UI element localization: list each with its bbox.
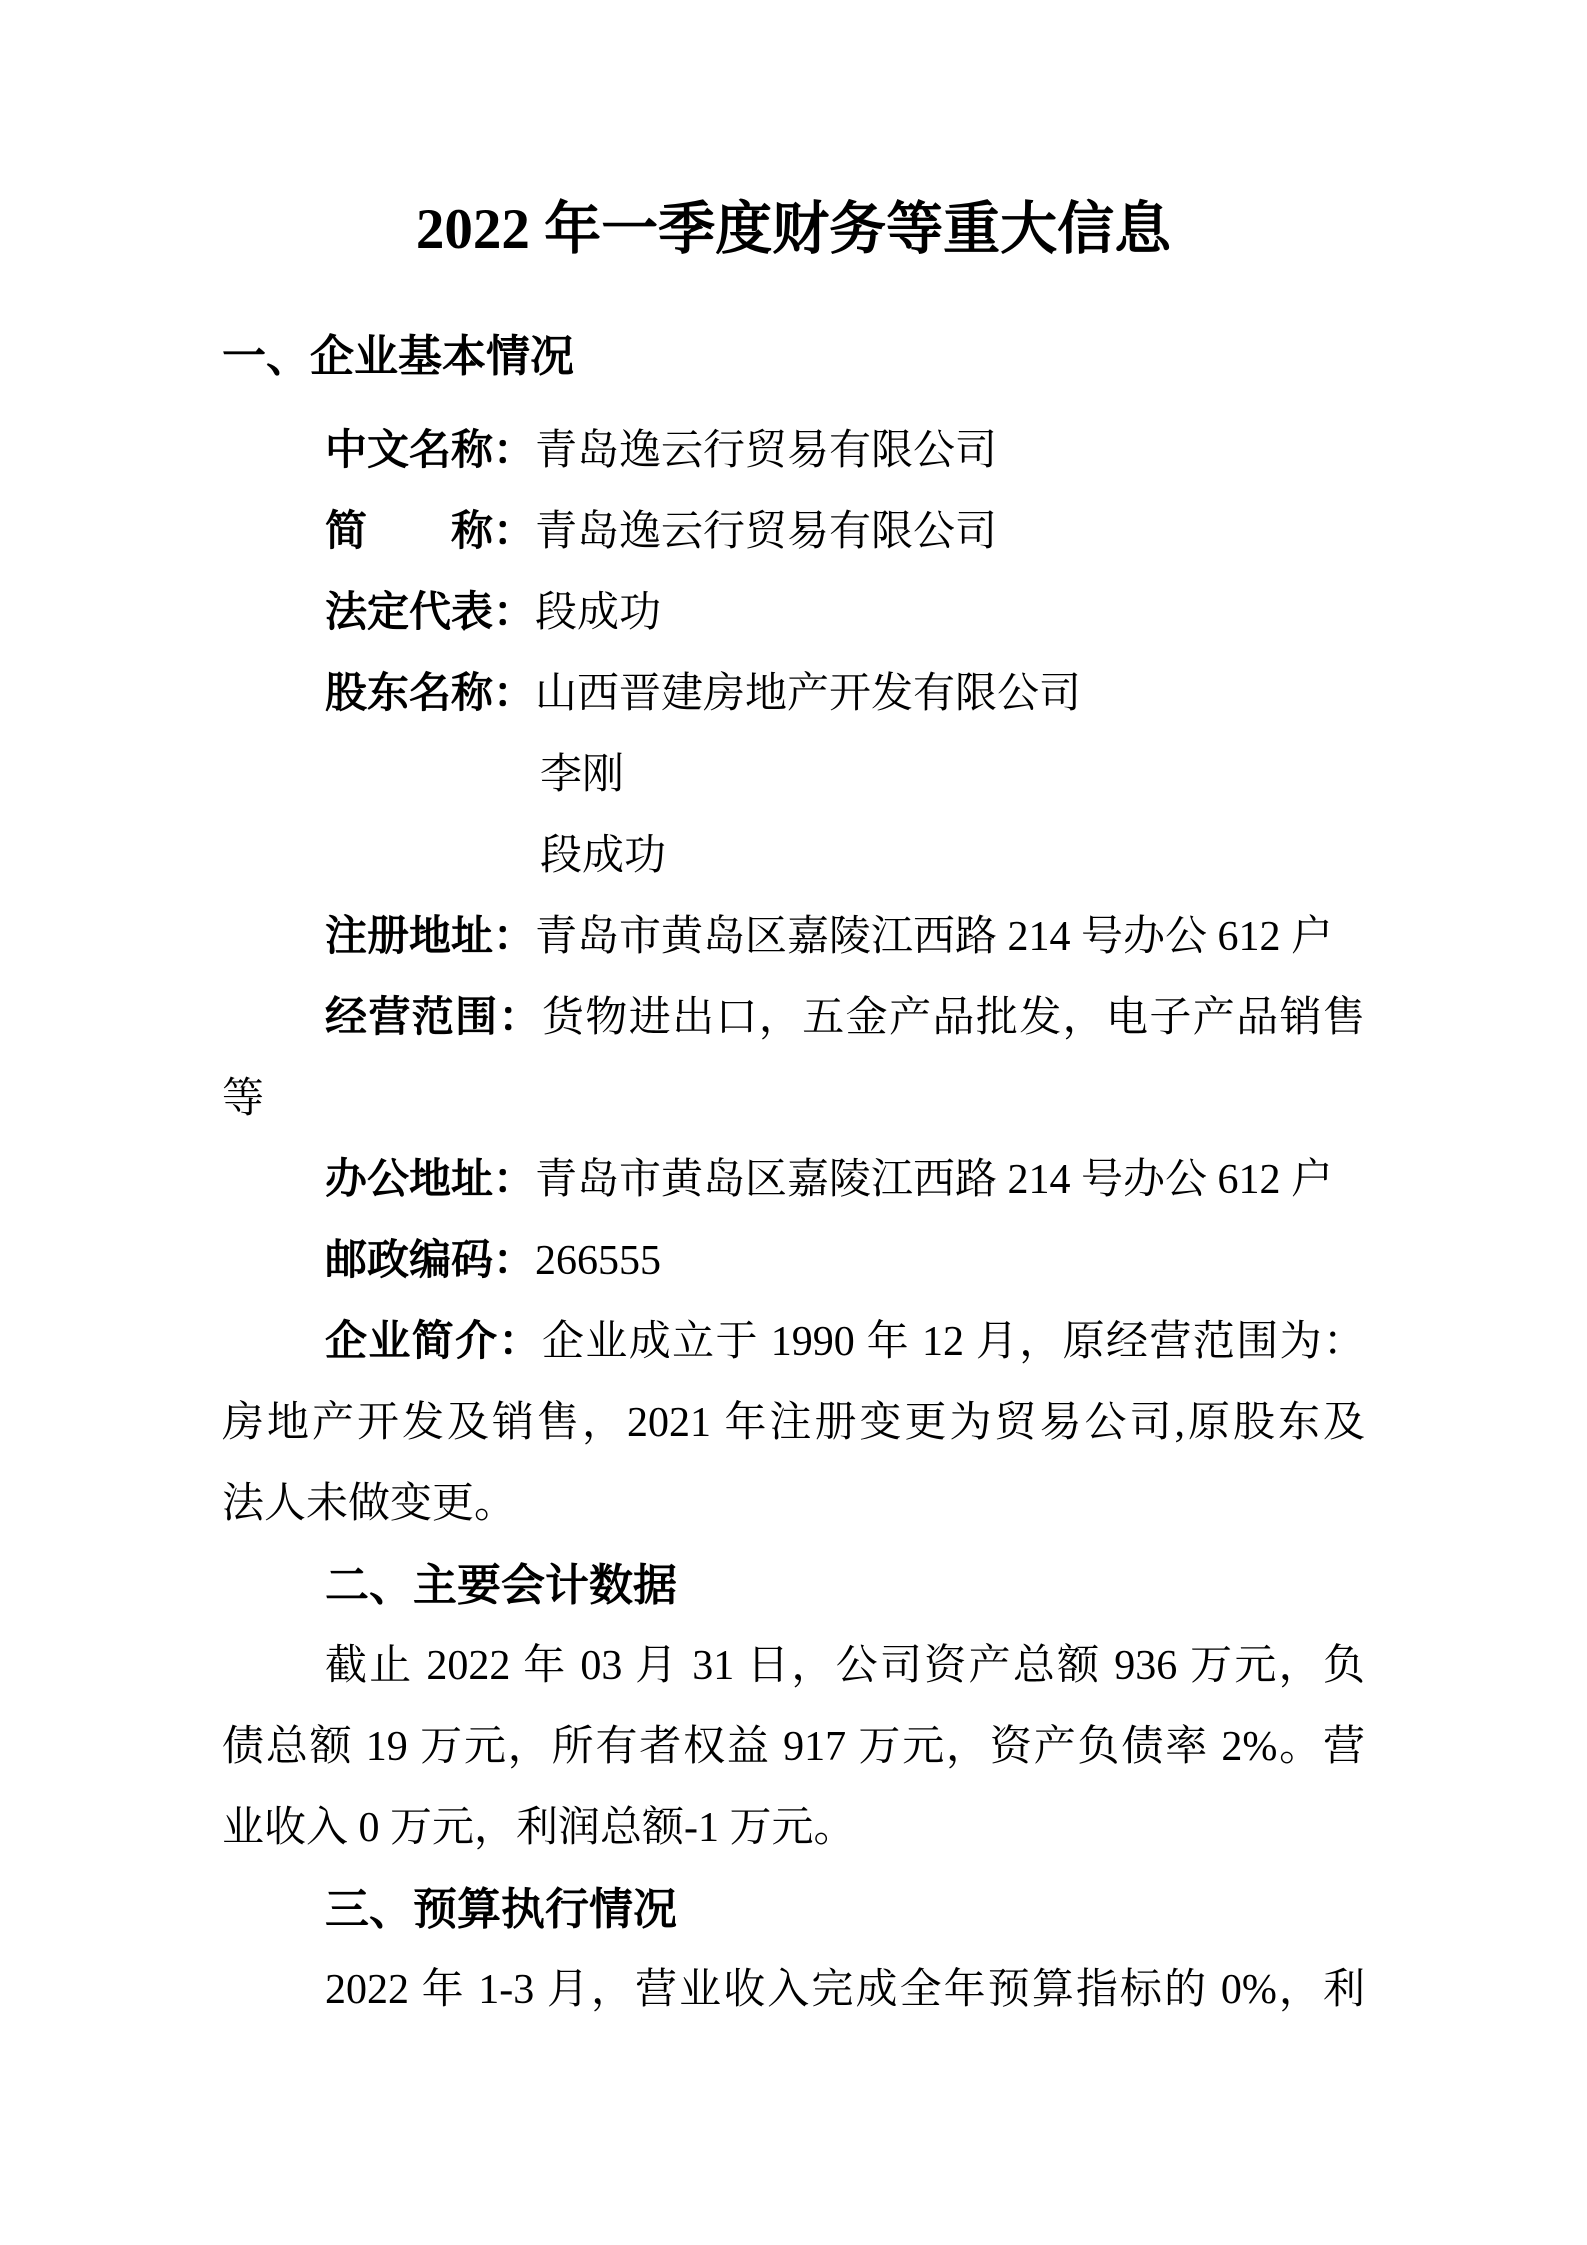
legal-rep-label: 法定代表： (325, 590, 535, 636)
legal-rep-value: 段成功 (535, 590, 661, 636)
accounting-line-2-value: 债总额 19 万元，所有者权益 917 万元，资产负债率 2%。营 (222, 1724, 1365, 1770)
company-profile-line-1: 企业简介：企业成立于 1990 年 12 月，原经营范围为： (222, 1302, 1365, 1383)
short-name-value: 青岛逸云行贸易有限公司 (535, 509, 997, 555)
field-biz-scope: 经营范围：货物进出口，五金产品批发，电子产品销售 (222, 978, 1365, 1059)
shareholders-label: 股东名称： (325, 671, 535, 717)
field-postcode: 邮政编码：266555 (222, 1221, 1365, 1302)
document-content: 2022 年一季度财务等重大信息 一、企业基本情况 中文名称：青岛逸云行贸易有限… (222, 195, 1365, 2031)
office-addr-value: 青岛市黄岛区嘉陵江西路 214 号办公 612 户 (535, 1157, 1333, 1203)
accounting-para-line-3: 业收入 0 万元，利润总额-1 万元。 (222, 1788, 1365, 1869)
reg-addr-label: 注册地址： (325, 914, 535, 960)
biz-scope-continuation: 等 (222, 1059, 1365, 1140)
profile-line-1-value: 企业成立于 1990 年 12 月，原经营范围为： (542, 1319, 1365, 1365)
section-2-heading: 二、主要会计数据 (222, 1545, 1365, 1626)
cn-name-label: 中文名称： (325, 428, 535, 474)
reg-addr-value: 青岛市黄岛区嘉陵江西路 214 号办公 612 户 (535, 914, 1333, 960)
field-shareholders: 股东名称：山西晋建房地产开发有限公司 (222, 654, 1365, 735)
shareholder-2-line: 李刚 (222, 735, 1365, 816)
shareholder-1-value: 山西晋建房地产开发有限公司 (535, 671, 1081, 717)
biz-scope-cont-value: 等 (222, 1076, 264, 1122)
shareholder-3-value: 段成功 (540, 833, 666, 879)
cn-name-value: 青岛逸云行贸易有限公司 (535, 428, 997, 474)
accounting-line-1-value: 截止 2022 年 03 月 31 日，公司资产总额 936 万元，负 (325, 1643, 1365, 1689)
field-short-name: 简 称：青岛逸云行贸易有限公司 (222, 492, 1365, 573)
accounting-para-line-2: 债总额 19 万元，所有者权益 917 万元，资产负债率 2%。营 (222, 1707, 1365, 1788)
section-1-heading: 一、企业基本情况 (222, 316, 1365, 397)
company-profile-line-3: 法人未做变更。 (222, 1464, 1365, 1545)
short-name-label: 简 称： (325, 509, 535, 555)
shareholder-3-line: 段成功 (222, 816, 1365, 897)
document-title: 2022 年一季度财务等重大信息 (222, 195, 1365, 265)
field-legal-rep: 法定代表：段成功 (222, 573, 1365, 654)
biz-scope-label: 经营范围： (325, 995, 542, 1041)
profile-label: 企业简介： (325, 1319, 542, 1365)
accounting-para-line-1: 截止 2022 年 03 月 31 日，公司资产总额 936 万元，负 (222, 1626, 1365, 1707)
section-3-heading: 三、预算执行情况 (222, 1869, 1365, 1950)
budget-line-1-value: 2022 年 1-3 月，营业收入完成全年预算指标的 0%，利 (325, 1967, 1365, 2013)
profile-line-3-value: 法人未做变更。 (222, 1481, 516, 1527)
document-page: 2022 年一季度财务等重大信息 一、企业基本情况 中文名称：青岛逸云行贸易有限… (0, 0, 1587, 2245)
profile-line-2-value: 房地产开发及销售，2021 年注册变更为贸易公司,原股东及 (222, 1400, 1365, 1446)
budget-para-line-1: 2022 年 1-3 月，营业收入完成全年预算指标的 0%，利 (222, 1950, 1365, 2031)
office-addr-label: 办公地址： (325, 1157, 535, 1203)
shareholder-2-value: 李刚 (540, 752, 624, 798)
biz-scope-value: 货物进出口，五金产品批发，电子产品销售 (542, 995, 1365, 1041)
postcode-value: 266555 (535, 1238, 661, 1284)
field-reg-addr: 注册地址：青岛市黄岛区嘉陵江西路 214 号办公 612 户 (222, 897, 1365, 978)
postcode-label: 邮政编码： (325, 1238, 535, 1284)
company-profile-line-2: 房地产开发及销售，2021 年注册变更为贸易公司,原股东及 (222, 1383, 1365, 1464)
accounting-line-3-value: 业收入 0 万元，利润总额-1 万元。 (222, 1805, 856, 1851)
field-office-addr: 办公地址：青岛市黄岛区嘉陵江西路 214 号办公 612 户 (222, 1140, 1365, 1221)
field-cn-name: 中文名称：青岛逸云行贸易有限公司 (222, 411, 1365, 492)
